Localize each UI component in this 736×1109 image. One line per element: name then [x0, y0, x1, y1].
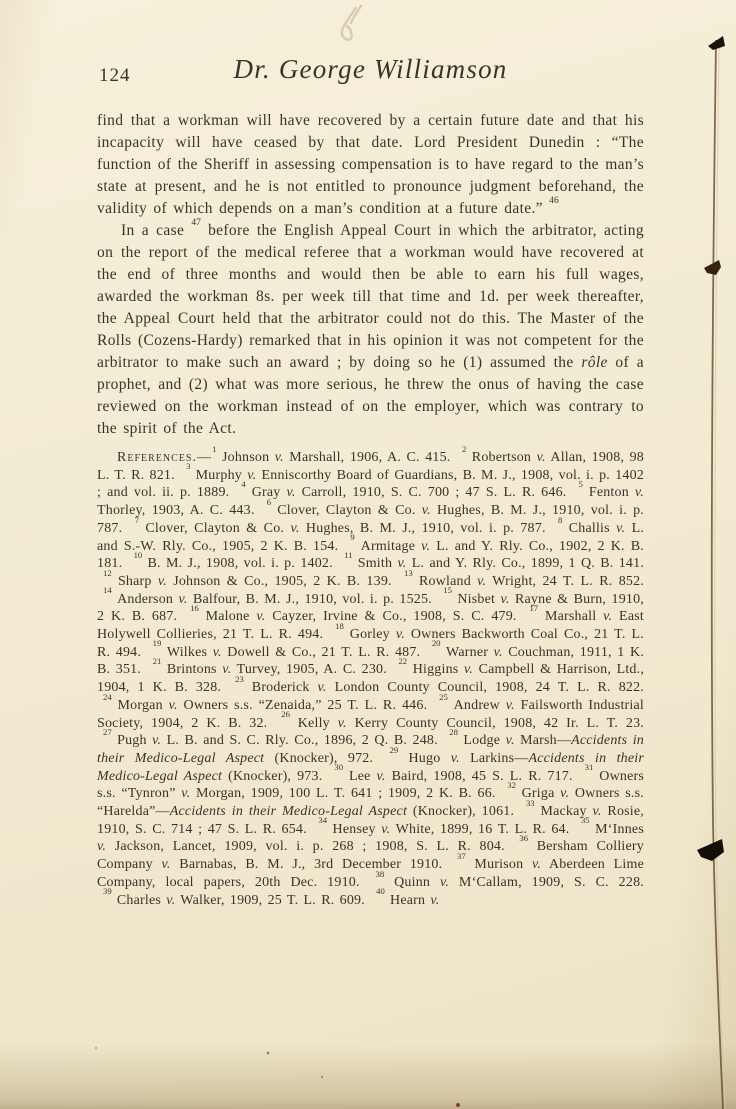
- pencil-smudge: [342, 6, 361, 40]
- book-page: 124 Dr. George Williamson find that a wo…: [0, 0, 736, 1109]
- running-head: Dr. George Williamson: [97, 52, 644, 85]
- page-edge-highlight: [715, 46, 725, 1109]
- page-edge-shadow: [698, 34, 715, 1109]
- page-body: find that a workman will have recovered …: [97, 110, 644, 909]
- page-edge-mark-top: [708, 36, 725, 50]
- speck: [321, 1076, 323, 1078]
- page-header: 124 Dr. George Williamson: [97, 52, 644, 98]
- page-content: 124 Dr. George Williamson find that a wo…: [97, 52, 644, 909]
- body-paragraph-1: find that a workman will have recovered …: [97, 110, 644, 220]
- page-number: 124: [99, 65, 131, 87]
- speck: [95, 1047, 97, 1049]
- page-edge-mark-bottom: [697, 839, 724, 861]
- red-speck: [456, 1103, 460, 1107]
- body-paragraph-2: In a case 47 before the English Appeal C…: [97, 220, 644, 440]
- page-edge-mark-middle: [704, 260, 721, 275]
- references-paragraph: References.—1 Johnson v. Marshall, 1906,…: [97, 449, 644, 909]
- speck: [267, 1052, 270, 1055]
- page-edge-line: [712, 40, 723, 1109]
